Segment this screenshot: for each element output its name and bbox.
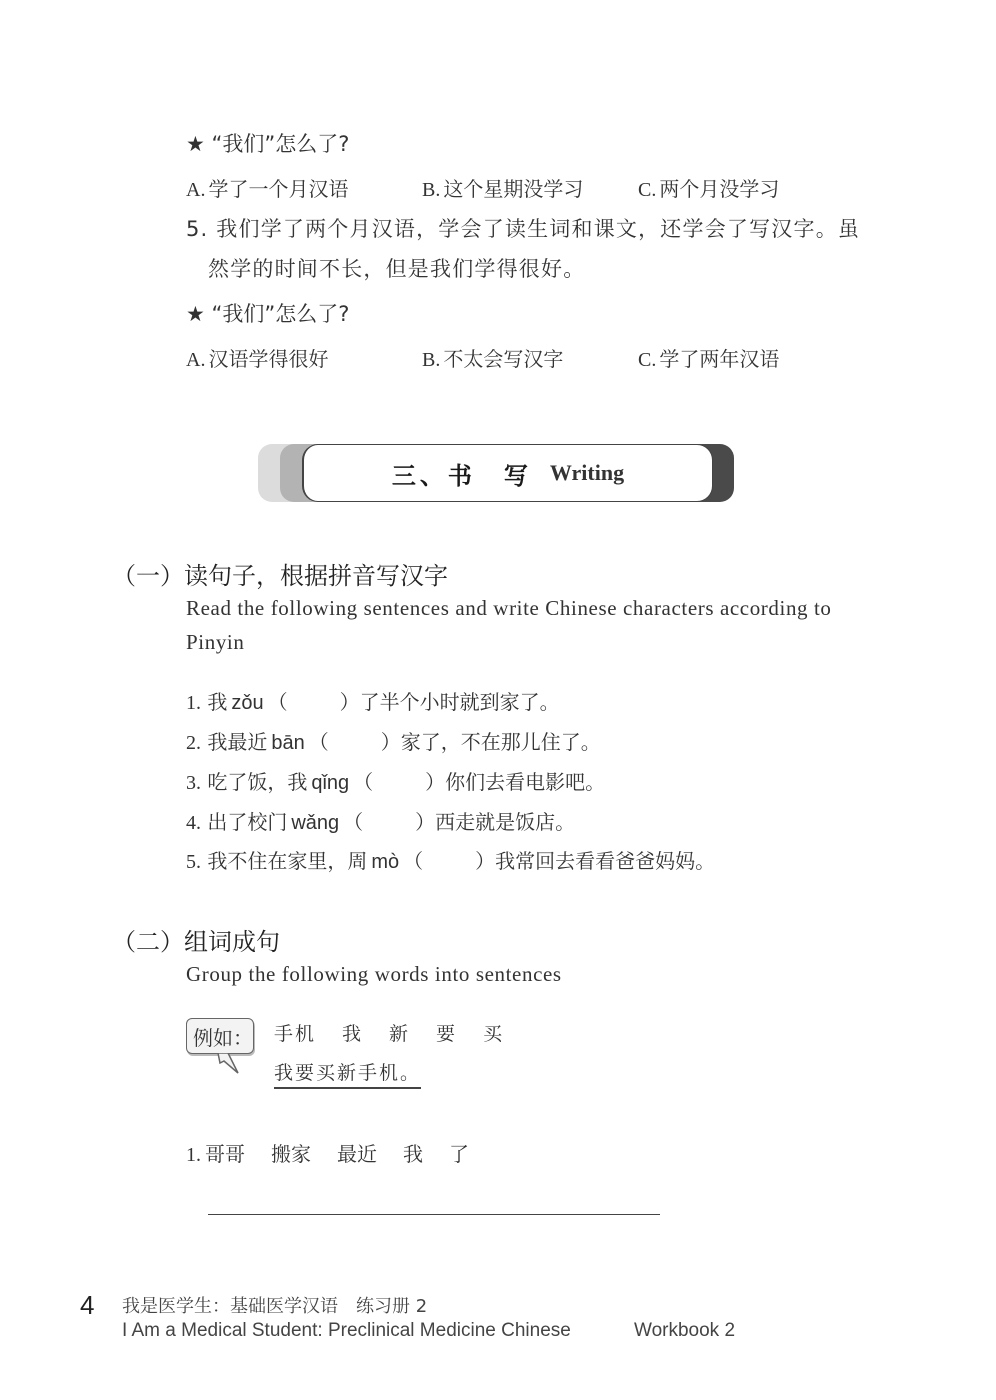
q4-option-b[interactable]: B.这个星期没学习: [422, 173, 583, 202]
reorder-item-1: 1.哥哥搬家最近我了: [186, 1138, 495, 1167]
part1-heading: （一）读句子，根据拼音写汉字: [112, 556, 448, 591]
question-5-passage-line2: 然学的时间不长，但是我们学得很好。: [208, 253, 585, 283]
fill-item-1: 1. 我zǒu（）了半个小时就到家了。: [186, 686, 560, 715]
book-title-cn: 我是医学生：基础医学汉语 练习册 2: [122, 1292, 427, 1318]
banner-title-box: 三、书 写 Writing: [302, 444, 713, 502]
fill-item-3: 3. 吃了饭，我qǐng（）你们去看电影吧。: [186, 766, 605, 795]
question-prompt-text: “我们”怎么了?: [212, 132, 350, 156]
banner-title-en: Writing: [550, 460, 624, 486]
q5-option-b[interactable]: B.不太会写汉字: [422, 343, 563, 372]
fill-item-5: 5. 我不住在家里，周mò（）我常回去看看爸爸妈妈。: [186, 845, 715, 874]
star-icon: ★: [186, 132, 205, 156]
example-label-bubble: 例如：: [186, 1018, 254, 1054]
pinyin: zǒu: [231, 692, 263, 714]
part2-instruction: Group the following words into sentences: [186, 962, 562, 987]
question-prompt-text: “我们”怎么了?: [212, 302, 350, 326]
banner-title-cn: 三、书 写: [392, 456, 532, 491]
fill-item-2: 2. 我最近bān（）家了，不在那儿住了。: [186, 726, 601, 755]
example-answer: 我要买新手机。: [274, 1058, 421, 1089]
q5-option-a[interactable]: A.汉语学得很好: [186, 343, 328, 372]
question-5-passage-line1: 5. 我们学了两个月汉语，学会了读生词和课文，还学会了写汉字。虽: [186, 213, 860, 243]
pinyin: qǐng: [311, 772, 349, 794]
q5-option-c[interactable]: C.学了两年汉语: [638, 343, 779, 372]
page-number: 4: [80, 1290, 94, 1321]
part2-heading: （二）组词成句: [112, 922, 280, 957]
q4-option-a[interactable]: A.学了一个月汉语: [186, 173, 348, 202]
workbook-label: Workbook 2: [634, 1320, 735, 1342]
pinyin: bān: [271, 732, 304, 754]
question-4-prompt: ★ “我们”怎么了?: [186, 128, 349, 158]
question-5-prompt: ★ “我们”怎么了?: [186, 298, 349, 328]
q4-option-c[interactable]: C.两个月没学习: [638, 173, 779, 202]
pinyin: mò: [371, 851, 399, 873]
speech-bubble-tail-icon: [216, 1053, 240, 1075]
book-title-en: I Am a Medical Student: Preclinical Medi…: [122, 1320, 571, 1342]
star-icon: ★: [186, 302, 205, 326]
section-banner-writing: 三、书 写 Writing: [258, 444, 734, 502]
answer-line[interactable]: [208, 1214, 660, 1215]
pinyin: wǎng: [291, 812, 339, 834]
part1-instruction-line2: Pinyin: [186, 630, 244, 655]
part1-instruction-line1: Read the following sentences and write C…: [186, 596, 832, 621]
example-words: 手机我新要买: [274, 1019, 530, 1046]
fill-item-4: 4. 出了校门wǎng（）西走就是饭店。: [186, 806, 575, 835]
